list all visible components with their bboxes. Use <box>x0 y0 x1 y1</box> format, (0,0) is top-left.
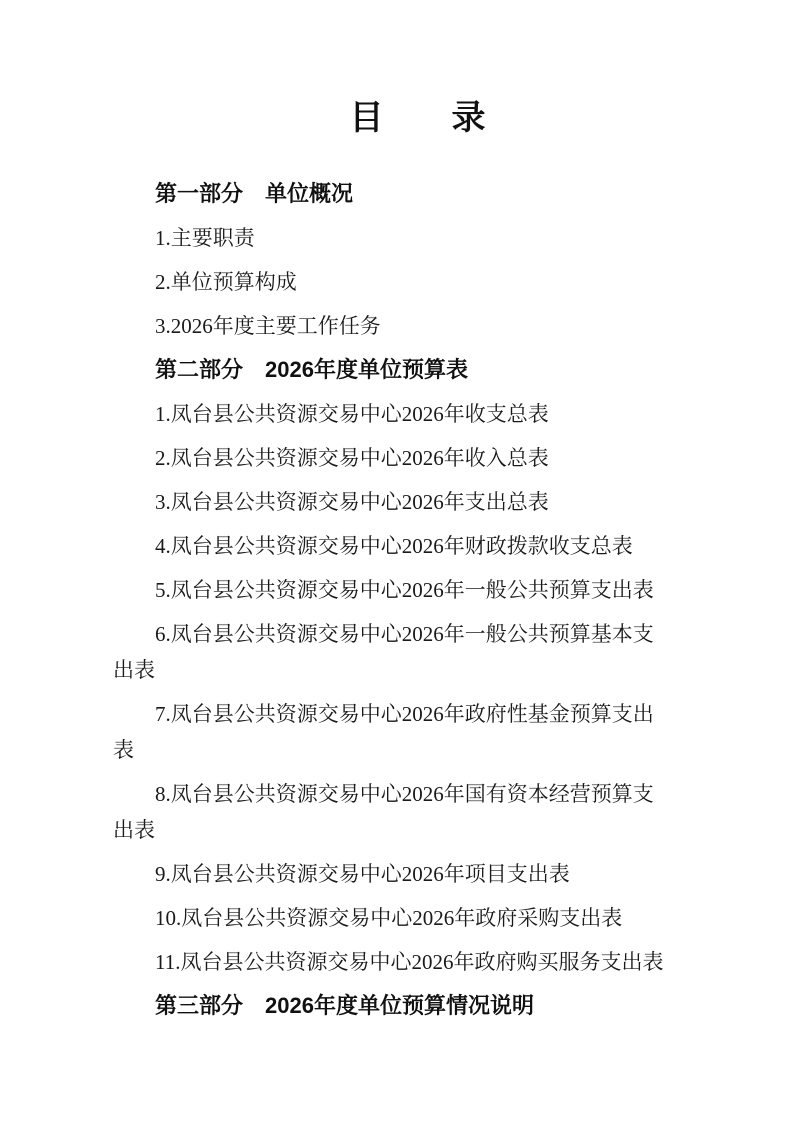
toc-item: 9.凤台县公共资源交易中心2026年项目支出表 <box>113 856 691 892</box>
toc-line: 8.凤台县公共资源交易中心2026年国有资本经营预算支 <box>113 776 691 812</box>
toc-item: 5.凤台县公共资源交易中心2026年一般公共预算支出表 <box>113 572 691 608</box>
toc-line-continuation: 表 <box>113 732 691 768</box>
toc-item: 6.凤台县公共资源交易中心2026年一般公共预算基本支 出表 <box>113 616 691 688</box>
toc-line: 1.主要职责 <box>113 220 691 256</box>
toc-line: 3.2026年度主要工作任务 <box>113 308 691 344</box>
toc-item: 2.单位预算构成 <box>113 264 691 300</box>
toc-item: 3.凤台县公共资源交易中心2026年支出总表 <box>113 484 691 520</box>
document-page: 目 录 第一部分 单位概况 1.主要职责 2.单位预算构成 3.2026年度主要… <box>0 0 793 1122</box>
section-heading-part3: 第三部分 2026年度单位预算情况说明 <box>113 988 691 1024</box>
toc-item: 10.凤台县公共资源交易中心2026年政府采购支出表 <box>113 900 691 936</box>
toc-item: 7.凤台县公共资源交易中心2026年政府性基金预算支出 表 <box>113 696 691 768</box>
toc-line: 2.单位预算构成 <box>113 264 691 300</box>
toc-item: 1.凤台县公共资源交易中心2026年收支总表 <box>113 396 691 432</box>
toc-line: 4.凤台县公共资源交易中心2026年财政拨款收支总表 <box>113 528 691 564</box>
toc-item: 1.主要职责 <box>113 220 691 256</box>
toc-item: 8.凤台县公共资源交易中心2026年国有资本经营预算支 出表 <box>113 776 691 848</box>
toc-line: 9.凤台县公共资源交易中心2026年项目支出表 <box>113 856 691 892</box>
toc-line: 3.凤台县公共资源交易中心2026年支出总表 <box>113 484 691 520</box>
toc-line: 10.凤台县公共资源交易中心2026年政府采购支出表 <box>113 900 691 936</box>
toc-line: 2.凤台县公共资源交易中心2026年收入总表 <box>113 440 691 476</box>
toc-line-continuation: 出表 <box>113 652 691 688</box>
section-heading-part2: 第二部分 2026年度单位预算表 <box>113 352 691 388</box>
page-title: 目 录 <box>0 98 793 138</box>
section-heading-part1: 第一部分 单位概况 <box>113 176 691 212</box>
toc-line: 5.凤台县公共资源交易中心2026年一般公共预算支出表 <box>113 572 691 608</box>
toc-line-continuation: 出表 <box>113 812 691 848</box>
toc-item: 11.凤台县公共资源交易中心2026年政府购买服务支出表 <box>113 944 691 980</box>
toc-line: 11.凤台县公共资源交易中心2026年政府购买服务支出表 <box>113 944 691 980</box>
toc-item: 2.凤台县公共资源交易中心2026年收入总表 <box>113 440 691 476</box>
toc-line: 7.凤台县公共资源交易中心2026年政府性基金预算支出 <box>113 696 691 732</box>
toc-line: 6.凤台县公共资源交易中心2026年一般公共预算基本支 <box>113 616 691 652</box>
toc-content: 第一部分 单位概况 1.主要职责 2.单位预算构成 3.2026年度主要工作任务… <box>113 176 691 1024</box>
toc-line: 1.凤台县公共资源交易中心2026年收支总表 <box>113 396 691 432</box>
toc-item: 3.2026年度主要工作任务 <box>113 308 691 344</box>
toc-item: 4.凤台县公共资源交易中心2026年财政拨款收支总表 <box>113 528 691 564</box>
